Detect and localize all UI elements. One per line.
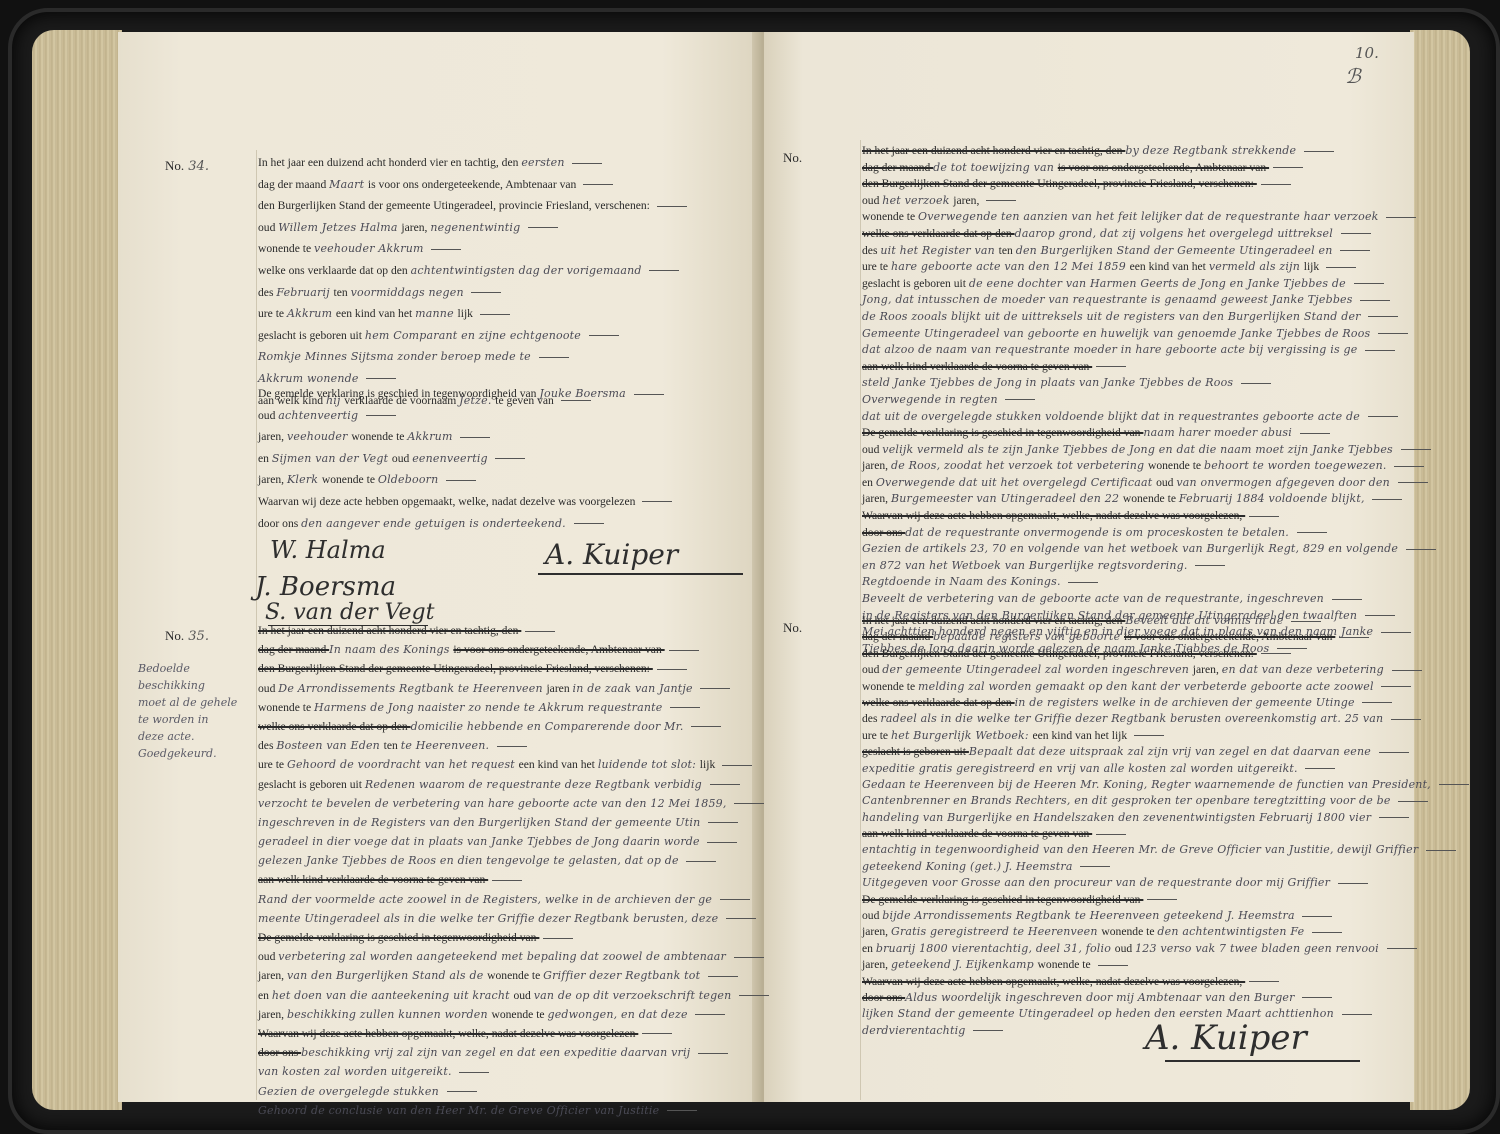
printed-form-text: welke ons verklaarde dat op den [862, 227, 1015, 240]
handwritten-text: ter Griffie dezer Regtbank berusten over… [1014, 712, 1387, 725]
ledger-line: welke ons verklaarde dat op den domicili… [258, 717, 748, 736]
printed-form-text: den Burgerlijken Stand der gemeente Utin… [862, 647, 1257, 660]
printed-form-text: lijk [1112, 729, 1130, 742]
fill-line [722, 765, 752, 766]
ledger-line: aan welk kind verklaarde de voorna te ge… [258, 870, 748, 889]
handwritten-text: Bosteen van Eden [276, 739, 383, 752]
handwritten-text: achtentwintigsten dag der vorigemaand [411, 264, 646, 277]
ledger-line: geslacht is geboren uit Redenen waarom d… [258, 775, 748, 794]
ledger-line: jaren, Gratis geregistreerd te Heerenvee… [862, 924, 1377, 940]
printed-form-text: den Burgerlijken Stand der gemeente Utin… [258, 662, 653, 675]
fill-line [695, 1014, 725, 1015]
handwritten-text: Regtdoende in Naam des Konings. [862, 575, 1064, 588]
fill-line [431, 249, 461, 250]
handwritten-text: den Burgerlijken Stand [1016, 244, 1154, 257]
ledger-line: geslacht is geboren uit de eene dochter … [862, 276, 1377, 293]
printed-form-text: In het jaar een duizend acht honderd vie… [258, 156, 521, 169]
fill-line [1249, 981, 1279, 982]
ledger-line: jaren, Burgemeester van Utingeradeel den… [862, 491, 1377, 508]
ledger-line: In het jaar een duizend acht honderd vie… [862, 143, 1377, 160]
fill-line [649, 270, 679, 271]
handwritten-text: Overwegende in regten [862, 393, 1001, 406]
fill-line [739, 995, 769, 996]
ledger-line: en Overwegende dat uit het overgelegd Ce… [862, 475, 1377, 492]
ledger-line: De gemelde verklaring is geschied in teg… [862, 425, 1377, 442]
entry-number-right-bottom: No. [783, 620, 802, 636]
handwritten-text: manne [415, 307, 457, 320]
ledger-line: door ons dat de requestrante onvermogend… [862, 525, 1377, 542]
handwritten-text: Overwegende ten aanzien van het feit [918, 210, 1141, 223]
entry-number-right-top: No. [783, 150, 802, 166]
handwritten-text: bepaalde registers van geboorte [933, 630, 1124, 643]
printed-form-text: oud [1115, 942, 1135, 955]
ledger-line: Rand der voormelde acte zoowel in de Reg… [258, 890, 748, 909]
printed-form-text: jaren, [862, 925, 891, 938]
entry-number-34: No. 34. [165, 158, 209, 174]
fill-line [543, 938, 573, 939]
printed-form-text: jaren, [862, 492, 891, 505]
printed-form-text: wonende te [1148, 459, 1204, 472]
handwritten-text: Uitgegeven voor Grosse aan den procureur… [862, 876, 1334, 889]
fill-line [574, 523, 604, 524]
ledger-line: meente Utingeradeel als in die welke ter… [258, 909, 748, 928]
handwritten-text: geteekend Koning (get.) J. Heemstra [862, 860, 1076, 873]
handwritten-text: Gratis geregistreerd te Heerenveen [891, 925, 1101, 938]
fill-line [471, 292, 501, 293]
fill-line [720, 899, 750, 900]
handwritten-text: Akkrum [378, 242, 427, 255]
printed-form-text: jaren, [862, 958, 891, 971]
ledger-line: gelezen Janke Tjebbes de Roos en dien te… [258, 851, 748, 870]
printed-form-text: oud [862, 909, 882, 922]
handwritten-text: Februarij 1884 voldoende blijkt, [1179, 492, 1369, 505]
printed-form-text: jaren, [862, 459, 891, 472]
ledger-line: welke ons verklaarde dat op den achtentw… [258, 260, 748, 282]
ledger-line: ure te Akkrum een kind van het manne lij… [258, 303, 748, 325]
printed-form-text: te geven van [427, 873, 488, 886]
handwritten-text: bijde Arrondissements Regtbank te Heeren… [882, 909, 1163, 922]
handwritten-text: veehouder [314, 242, 378, 255]
fill-line [1241, 383, 1271, 384]
page-number: 10. [1355, 44, 1379, 62]
printed-form-text: Waarvan wij deze acte hebben opgemaakt, … [862, 975, 1245, 988]
printed-form-text: aan welk kind [862, 360, 930, 373]
printed-form-text: ten [334, 286, 351, 299]
fill-line [1302, 997, 1332, 998]
ledger-line: Waarvan wij deze acte hebben opgemaakt, … [258, 491, 748, 513]
printed-form-text: De gemelde verklaring is geschied in teg… [862, 426, 1143, 439]
fill-line [1362, 702, 1392, 703]
printed-form-text: en [258, 989, 272, 1002]
printed-form-text: een kind van het [519, 758, 598, 771]
handwritten-text: negen [429, 286, 468, 299]
handwritten-text: Willem Jetzes Halma [278, 221, 401, 234]
handwritten-text: radeel als in die welke [880, 712, 1014, 725]
handwritten-text: Jong, dat intusschen de moeder van reque… [862, 293, 1356, 306]
fill-line [528, 227, 558, 228]
fill-line [1338, 883, 1368, 884]
ledger-line: In het jaar een duizend acht honderd vie… [862, 613, 1377, 629]
ledger-line: oud bijde Arrondissements Regtbank te He… [862, 908, 1377, 924]
fill-line [1368, 416, 1398, 417]
printed-form-text: verklaarde de voorna [930, 827, 1031, 840]
fill-line [734, 803, 764, 804]
handwritten-text: en 872 van het Wetboek van Burgerlijke r… [862, 559, 1191, 572]
ledger-line: oud achtenveertig [258, 405, 748, 427]
printed-form-text: jaren, [258, 969, 287, 982]
handwritten-text: eersten [521, 156, 568, 169]
fill-line [1273, 167, 1303, 168]
fill-line [1096, 834, 1126, 835]
handwritten-text: gelezen Janke Tjebbes de Roos en dien te… [258, 854, 682, 867]
handwritten-text: van den Burgerlijken Stand als de [287, 969, 487, 982]
handwritten-text: Gemeente Utingeradeel van geboorte en hu… [862, 327, 1374, 340]
fill-line [447, 1091, 477, 1092]
handwritten-text: domicilie hebbende en Comparerende door … [411, 720, 688, 733]
fill-line [1439, 784, 1469, 785]
fill-line [1379, 752, 1409, 753]
fill-line [1387, 948, 1417, 949]
printed-form-text: aan welk kind [862, 827, 930, 840]
fill-line [1098, 965, 1128, 966]
printed-form-text: dag der maand [862, 161, 933, 174]
printed-form-text: ure te [862, 260, 891, 273]
handwritten-text: hare geboorte acte van den 12 Mei 1859 [891, 260, 1130, 273]
fill-line [1332, 599, 1362, 600]
ledger-line: oud velijk vermeld als te zijn Janke Tje… [862, 442, 1377, 459]
fill-line [1360, 300, 1390, 301]
printed-form-text: door ons [258, 1046, 301, 1059]
fill-line [1372, 499, 1402, 500]
printed-form-text: oud [258, 221, 278, 234]
printed-form-text: aan welk kind [258, 873, 326, 886]
fill-line [708, 976, 738, 977]
printed-form-text: oud [392, 452, 412, 465]
handwritten-text: verbetering zal worden aangeteekend met [278, 950, 527, 963]
fill-line [986, 200, 1016, 201]
ledger-line: Jong, dat intusschen de moeder van reque… [862, 292, 1377, 309]
fill-line [669, 650, 699, 651]
printed-form-text: oud [258, 950, 278, 963]
fill-line [1398, 801, 1428, 802]
handwritten-text: nende te Akkrum requestrante [485, 701, 666, 714]
handwritten-text: het Burgerlijk Wetboek: [891, 729, 1033, 742]
handwritten-text: Gezien de artikels 23, 70 en volgende va… [862, 542, 1402, 555]
printed-form-text: dag der maand [258, 178, 329, 191]
ledger-line: Romkje Minnes Sijtsma zonder beroep mede… [258, 346, 748, 368]
fill-line [1249, 516, 1279, 517]
fill-line [1406, 549, 1436, 550]
ledger-line: geteekend Koning (get.) J. Heemstra [862, 859, 1377, 875]
fill-line [1378, 333, 1408, 334]
handwritten-text: steld Janke Tjebbes de Jong in plaats va… [862, 376, 1237, 389]
fill-line [691, 726, 721, 727]
fill-line [366, 415, 396, 416]
fill-line [634, 394, 664, 395]
fill-line [459, 1072, 489, 1073]
handwritten-text: luidende tot slot: [598, 758, 700, 771]
printed-form-text: ure te [258, 758, 287, 771]
ledger-line: handeling van Burgerlijke en Handelszake… [862, 810, 1377, 826]
printed-form-text: ure te [258, 307, 287, 320]
ledger-line: jaren, beschikking zullen kunnen worden … [258, 1005, 748, 1024]
printed-form-text: jaren, [401, 221, 430, 234]
printed-form-text: is voor ons ondergeteekende, Ambtenaar v… [368, 178, 579, 191]
handwritten-text: achtenveertig [278, 409, 362, 422]
printed-form-text: en [862, 476, 876, 489]
ledger-line: jaren, geteekend J. Eijkenkamp wonende t… [862, 957, 1377, 973]
fill-line [1386, 217, 1416, 218]
ledger-line: en 872 van het Wetboek van Burgerlijke r… [862, 558, 1377, 575]
fill-line [1297, 532, 1327, 533]
fill-line [707, 842, 737, 843]
printed-form-text: en [258, 452, 272, 465]
handwritten-text: in de registers welke in de archieven de… [1015, 696, 1359, 709]
ledger-line: en bruarij 1800 vierentachtig, deel 31, … [862, 941, 1377, 957]
fill-line [1401, 449, 1431, 450]
handwritten-text: Februarij [276, 286, 333, 299]
margin-note: Bedoelde beschikking moet al de gehele t… [138, 660, 256, 762]
printed-form-text: welke ons verklaarde dat op den [258, 264, 411, 277]
fill-line [480, 314, 510, 315]
ledger-line: Gezien de overgelegde stukken [258, 1082, 748, 1101]
ledger-line: de Roos zooals blijkt uit de uittreksels… [862, 309, 1377, 326]
handwritten-text: Harmens de Jong naaister zo [314, 701, 485, 714]
handwritten-text: Griffier dezer Regtbank tot [543, 969, 704, 982]
printed-form-text: oud [258, 682, 278, 695]
printed-form-text: In het jaar een duizend acht honderd vie… [862, 144, 1125, 157]
ledger-line: ingeschreven in de Registers van den Bur… [258, 813, 748, 832]
printed-form-text: lijk [700, 758, 718, 771]
fill-line [1368, 316, 1398, 317]
printed-form-text: geslacht is geboren uit [258, 778, 365, 791]
handwritten-text: velijk vermeld als te zijn Janke Tjebbes… [882, 443, 1158, 456]
ledger-line: des Bosteen van Eden ten te Heerenveen. [258, 736, 748, 755]
printed-form-text: Waarvan wij deze acte hebben opgemaakt, … [862, 509, 1245, 522]
page-stamp-mark: ℬ [1345, 64, 1361, 88]
handwritten-text: veehouder [287, 430, 351, 443]
right-entry-bottom-text: In het jaar een duizend acht honderd vie… [862, 613, 1377, 1039]
handwritten-text: bepaling dat zoowel de ambtenaar [527, 950, 730, 963]
handwritten-text: negenentwintig [430, 221, 524, 234]
printed-form-text: oud [862, 194, 882, 207]
printed-form-text: geslacht is geboren uit [258, 329, 365, 342]
printed-form-text: den Burgerlijken Stand der gemeente Utin… [258, 199, 653, 212]
printed-form-text: ten [384, 739, 401, 752]
fill-line [495, 458, 525, 459]
handwritten-text: Akkrum [287, 307, 336, 320]
printed-form-text: jaren, [258, 430, 287, 443]
printed-form-text: wonende te [351, 430, 407, 443]
ledger-line: en het doen van die aanteekening uit kra… [258, 986, 748, 1005]
fill-line [492, 880, 522, 881]
ledger-line: welke ons verklaarde dat op den daarop g… [862, 226, 1377, 243]
fill-line [1326, 267, 1356, 268]
fill-line [1398, 482, 1428, 483]
handwritten-text: te Heerenveen. [401, 739, 493, 752]
fill-line [1312, 932, 1342, 933]
right-page-edges [1410, 30, 1470, 1110]
fill-line [1379, 817, 1409, 818]
fill-line [589, 335, 619, 336]
signature-registrar-right: A. Kuiper [1145, 1018, 1307, 1058]
ledger-line: dag der maand de tot toewijzing van is v… [862, 160, 1377, 177]
printed-form-text: dag der maand [862, 630, 933, 643]
signature-registrar: A. Kuiper [545, 538, 678, 571]
handwritten-text: gedwongen, en dat deze [547, 1008, 691, 1021]
printed-form-text: ten [999, 244, 1016, 257]
ledger-line: door ons beschikking vrij zal zijn van z… [258, 1043, 748, 1062]
handwritten-text: den aangever ende getuigen is onderteeke… [301, 517, 569, 530]
handwritten-text: en dat die naam moet zijn Janke Tjebbes [1159, 443, 1397, 456]
ledger-line: Gemeente Utingeradeel van geboorte en hu… [862, 326, 1377, 343]
fill-line [460, 437, 490, 438]
ledger-line: des uit het Register van ten den Burgerl… [862, 243, 1377, 260]
handwritten-text: Gehoord de voordracht van het request [287, 758, 519, 771]
fill-line [1080, 866, 1110, 867]
handwritten-text: Burgemeester van Utingeradeel den 22 [891, 492, 1123, 505]
fill-line [700, 688, 730, 689]
printed-form-text: lijk [458, 307, 476, 320]
handwritten-text: Gedaan te Heerenveen bij de Heeren Mr. K… [862, 778, 1435, 791]
ledger-line: steld Janke Tjebbes de Jong in plaats va… [862, 375, 1377, 392]
ledger-line: geslacht is geboren uit hem Comparant en… [258, 325, 748, 347]
left-page-edges [32, 30, 122, 1110]
entry-34-witnesses: De gemelde verklaring is geschied in teg… [258, 383, 748, 534]
ledger-line: dat alzoo de naam van requestrante moede… [862, 342, 1377, 359]
printed-form-text: den Burgerlijken Stand der gemeente Utin… [862, 177, 1257, 190]
printed-form-text: wonende te [258, 242, 314, 255]
handwritten-text: Beveelt dat dit vonnis in de [1125, 614, 1287, 627]
printed-form-text: is voor ons ondergeteekende, Ambtenaar v… [453, 643, 664, 656]
fill-line [1354, 283, 1384, 284]
handwritten-text: Beveelt de verbetering van de geboorte a… [862, 592, 1328, 605]
handwritten-text: der gemeente Utingeradeel zal worden ing… [882, 663, 1192, 676]
ledger-line: dag der maand bepaalde registers van geb… [862, 629, 1377, 645]
fill-line [670, 707, 700, 708]
printed-form-text: wonende te [1038, 958, 1094, 971]
handwritten-text: Aldus woordelijk ingeschreven door mij A… [905, 991, 1298, 1004]
printed-form-text: oud [862, 663, 882, 676]
printed-form-text: ure te [862, 729, 891, 742]
handwritten-text: meente Utingeradeel als in die welke ter… [258, 912, 722, 925]
printed-form-text: wonende te [862, 210, 918, 223]
handwritten-text: geradeel in dier voege dat in plaats van… [258, 835, 703, 848]
printed-form-text: door ons [862, 526, 905, 539]
ledger-line: den Burgerlijken Stand der gemeente Utin… [862, 176, 1377, 193]
fill-line [1261, 184, 1291, 185]
handwritten-text: De Arrondissements Regtbank te Heerenvee… [278, 682, 546, 695]
printed-form-text: een kind van het [336, 307, 415, 320]
ledger-line: geradeel in dier voege dat in plaats van… [258, 832, 748, 851]
ledger-line: ure te het Burgerlijk Wetboek: een kind … [862, 728, 1377, 744]
printed-form-text: oud [258, 409, 278, 422]
ledger-line: aan welk kind verklaarde de voorna te ge… [862, 359, 1377, 376]
ledger-line: Waarvan wij deze acte hebben opgemaakt, … [862, 974, 1377, 990]
printed-form-text: jaren, [953, 194, 982, 207]
fill-line [657, 669, 687, 670]
fill-line [1147, 899, 1177, 900]
entry-35-text: In het jaar een duizend acht honderd vie… [258, 621, 748, 1120]
handwritten-text: ingeschreven in de Registers van den Bur… [258, 816, 704, 829]
ledger-line: geslacht is geboren uit Bepaalt dat deze… [862, 744, 1377, 760]
fill-line [1340, 250, 1370, 251]
entry-number-35: No. 35. [165, 628, 209, 644]
handwritten-text: naam harer moeder abusi [1143, 426, 1295, 439]
printed-form-text: In het jaar een duizend acht honderd vie… [258, 624, 521, 637]
fill-line [726, 918, 756, 919]
fill-line [1365, 350, 1395, 351]
ledger-line: Uitgegeven voor Grosse aan den procureur… [862, 875, 1377, 891]
handwritten-text: der Gemeente Utingeradeel en [1154, 244, 1336, 257]
handwritten-text: uit het Register van [880, 244, 998, 257]
ledger-line: Waarvan wij deze acte hebben opgemaakt, … [258, 1024, 748, 1043]
handwritten-text: der verbeterde geboorte acte zoowel [1160, 680, 1377, 693]
handwritten-text: voormiddags [351, 286, 429, 299]
handwritten-text: Gehoord de conclusie van den Heer Mr. de… [258, 1104, 663, 1117]
fill-line [686, 861, 716, 862]
printed-form-text: geslacht is geboren uit [862, 277, 969, 290]
handwritten-text: Jouke Boersma [539, 387, 629, 400]
printed-form-text: jaren, [258, 1008, 287, 1021]
fill-line [667, 1110, 697, 1111]
printed-form-text: De gemelde verklaring is geschied in teg… [258, 931, 539, 944]
handwritten-text: entachtig in tegenwoordigheid van den He… [862, 843, 1422, 856]
handwritten-text: Rand der voormelde acte zoowel in de Reg… [258, 893, 716, 906]
ledger-line: ure te Gehoord de voordracht van het req… [258, 755, 748, 774]
printed-form-text: In het jaar een duizend acht honderd vie… [862, 614, 1125, 627]
fill-line [1300, 433, 1330, 434]
ledger-line: aan welk kind verklaarde de voorna te ge… [862, 826, 1377, 842]
ledger-line: den Burgerlijken Stand der gemeente Utin… [862, 646, 1377, 662]
signature-witness-1: J. Boersma [255, 572, 396, 602]
handwritten-text: Cantenbrenner en Brands Rechters, en dit… [862, 794, 1394, 807]
handwritten-text: by deze Regtbank strekkende [1125, 144, 1300, 157]
ledger-line: jaren, de Roos, zoodat het verzoek tot v… [862, 458, 1377, 475]
handwritten-text: daarop grond, dat zij volgens het overge… [1015, 227, 1337, 240]
printed-form-text: is voor ons ondergeteekende, Ambtenaar v… [1058, 161, 1269, 174]
ledger-line: expeditie gratis geregistreerd en vrij v… [862, 761, 1377, 777]
fill-line [366, 378, 396, 379]
printed-form-text: welke ons verklaarde dat op den [258, 720, 411, 733]
fill-line [1096, 366, 1126, 367]
handwritten-text: van kosten zal worden uitgereikt. [258, 1065, 455, 1078]
fill-line [708, 822, 738, 823]
printed-form-text: Waarvan wij deze acte hebben opgemaakt, … [258, 495, 638, 508]
printed-form-text: wonende te [487, 969, 543, 982]
fill-line [642, 501, 672, 502]
ledger-line: den Burgerlijken Stand der gemeente Utin… [258, 195, 748, 217]
handwritten-text: Sijmen van der Vegt [272, 452, 392, 465]
printed-form-text: jaren [546, 682, 572, 695]
fill-line [1305, 768, 1335, 769]
printed-form-text: des [258, 739, 276, 752]
handwritten-text: derdvierentachtig [862, 1024, 969, 1037]
handwritten-text: en dat van deze verbetering [1222, 663, 1388, 676]
ledger-line: Waarvan wij deze acte hebben opgemaakt, … [862, 508, 1377, 525]
ledger-line: den Burgerlijken Stand der gemeente Utin… [258, 659, 748, 678]
printed-form-text: wonende te [862, 680, 918, 693]
ledger-line: entachtig in tegenwoordigheid van den He… [862, 842, 1377, 858]
handwritten-text: de Roos, zoodat het verzoek tot verbeter… [891, 459, 1148, 472]
handwritten-text: dat de requestrante onvermogende is om p… [905, 526, 1293, 539]
handwritten-text: vermeld als zijn [1209, 260, 1304, 273]
handwritten-text: handeling van Burgerlijke en Handelszake… [862, 811, 1375, 824]
handwritten-text: beschikking zullen kunnen worden [287, 1008, 491, 1021]
ledger-line: dat uit de overgelegde stukken voldoende… [862, 409, 1377, 426]
ledger-line: van kosten zal worden uitgereikt. [258, 1062, 748, 1081]
handwritten-text: het doen van die aanteekening uit kracht [272, 989, 514, 1002]
